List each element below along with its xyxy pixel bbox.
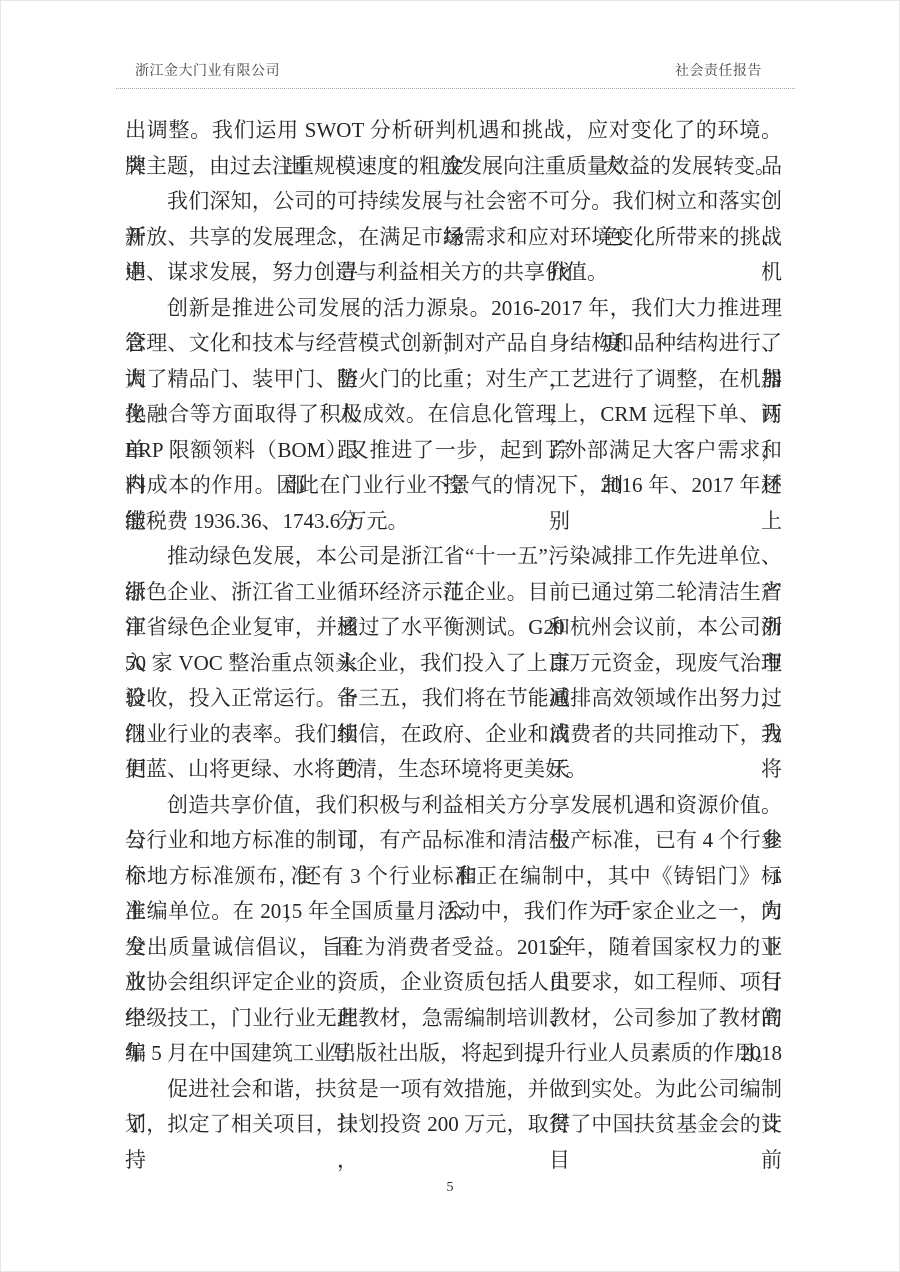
text-line: 化融合等方面取得了积极成效。在信息化管理上，CRM 远程下单、订单跟踪和: [125, 397, 782, 433]
text-line: 大了精品门、装甲门、防火门的比重；对生产工艺进行了调整，在机器换人，两: [125, 362, 782, 398]
text-line: 创造共享价值，我们积极与利益相关方分享发展机遇和资源价值。公司极参: [125, 788, 782, 824]
document-page: 浙江金大门业有限公司 社会责任报告 出调整。我们运用 SWOT 分析研判机遇和挑…: [0, 0, 900, 1272]
text-line: 开放、共享的发展理念，在满足市场需求和应对环境变化所带来的挑战中寻找机: [125, 220, 782, 256]
text-line: 发出质量诚信倡议，旨在为消费者受益。2015 年，随着国家权力的下放，由行: [125, 930, 782, 966]
text-line: 我们深知，公司的可持续发展与社会密不可分。我们树立和落实创新、绿色、: [125, 184, 782, 220]
text-line: 年 5 月在中国建筑工业出版社出版，将起到提升行业人员素质的作用。: [125, 1036, 782, 1072]
text-line: 划，拟定了相关项目，计划投资 200 万元，取得了中国扶贫基金会的支持，目前: [125, 1107, 782, 1143]
text-line: 个地方标准颁布，还有 3 个行业标准正在编制中，其中《铸铝门》标准，公司为: [125, 859, 782, 895]
text-line: 江省绿色企业复审，并通过了水平衡测试。G20 杭州会议前，本公司列入永康市: [125, 610, 782, 646]
text-line: 创新是推进公司发展的活力源泉。2016-2017 年，我们大力推进理念、制度、: [125, 291, 782, 327]
text-line: 料成本的作用。因此在门业行业不景气的情况下，2016 年、2017 年还能分别上: [125, 468, 782, 504]
text-line: 50 家 VOC 整治重点领头企业，我们投入了上百万元资金，现废气治理设备通过: [125, 646, 782, 682]
text-line: 管理、文化和技术与经营模式创新，对产品自身结构和品种结构进行了调整，加: [125, 326, 782, 362]
text-line: 门业行业的表率。我们相信，在政府、企业和消费者的共同推动下，我们的天将: [125, 717, 782, 753]
text-line: 促进社会和谐，扶贫是一项有效措施，并做到实处。为此公司编制了扶贫计: [125, 1072, 782, 1108]
header-report-title: 社会责任报告: [675, 63, 762, 81]
text-line: 出调整。我们运用 SWOT 分析研判机遇和挑战，应对变化了的环境。突出金大品: [125, 113, 782, 149]
text-line: 业协会组织评定企业的资质，企业资质包括人员要求，如工程师、项目经理、高: [125, 965, 782, 1001]
text-line: ERP 限额领料（BOM）又推进了一步，起到了外部满足大客户需求，内部控制材: [125, 433, 782, 469]
text-line: 验收，投入正常运行。十三五，我们将在节能减排高效领域作出努力，继续成为: [125, 681, 782, 717]
text-line: 推动绿色发展，本公司是浙江省“十一五”污染减排工作先进单位、浙江省: [125, 539, 782, 575]
header-company-name: 浙江金大门业有限公司: [135, 63, 280, 81]
text-line: 主编单位。在 2015 年全国质量月活动中，我们作为千家企业之一，向全国企业: [125, 894, 782, 930]
page-header: 浙江金大门业有限公司 社会责任报告: [135, 63, 762, 81]
body-text: 出调整。我们运用 SWOT 分析研判机遇和挑战，应对变化了的环境。突出金大品牌主…: [125, 113, 782, 1143]
text-line: 与行业和地方标准的制订，有产品标准和清洁生产标准，已有 4 个行业标准和 1: [125, 823, 782, 859]
page-number: 5: [1, 1180, 899, 1196]
text-line: 牌主题，由过去注重规模速度的粗放发展向注重质量效益的发展转变。: [125, 149, 782, 185]
header-divider: [116, 88, 795, 89]
text-line: 中级技工，门业行业无此教材，急需编制培训教材，公司参加了教材的编写，2018: [125, 1001, 782, 1037]
text-line: 绿色企业、浙江省工业循环经济示范企业。目前已通过第二轮清洁生产审核和浙: [125, 575, 782, 611]
